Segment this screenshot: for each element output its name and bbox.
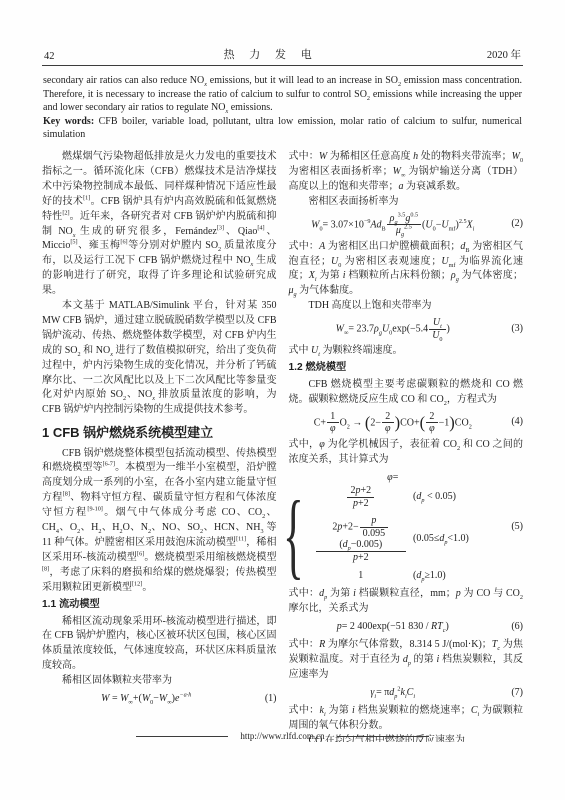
paragraph-combustion-lead: CFB 燃烧模型主要考虑碳颗粒的燃烧和 CO 燃烧。碳颗粒燃烧反应生成 CO 和… (289, 378, 524, 408)
equation-7-body: γi= πdp2kiCi (289, 686, 498, 701)
paragraph-intro-2: 本文基于 MATLAB/Simulink 平台，针对某 350 MW CFB 锅… (42, 299, 277, 418)
equation-1: W = W∞+(W0−W∞)e−a·h (1) (42, 692, 277, 707)
paragraph-flow-model: 稀相区流动现象采用环-核流动模型进行描述，即在 CFB 锅炉炉膛内，核心区被环状… (42, 615, 277, 675)
keywords-line: Key words: CFB boiler, variable load, po… (43, 115, 522, 142)
footer-rule-right (337, 736, 429, 737)
equation-5-number: (5) (497, 520, 523, 535)
two-column-body: 燃煤烟气污染物超低排放是火力发电的重要技术指标之一。循环流化床（CFB）燃煤技术… (42, 150, 523, 742)
paper-page: 42 热 力 发 电 2020 年 secondary air ratios c… (0, 0, 565, 800)
footer-rule-left (136, 736, 228, 737)
equation-6: p= 2 400exp(−51 830 / RTc) (6) (289, 620, 524, 635)
equation-3: W∞= 23.7ρgU0exp(−5.4UtU0) (3) (289, 317, 524, 341)
equation-7: γi= πdp2kiCi (7) (289, 686, 524, 701)
equation-6-number: (6) (497, 620, 523, 635)
page-header: 42 热 力 发 电 2020 年 (42, 46, 523, 65)
equation-2-number: (2) (497, 217, 523, 232)
section-heading-1: 1 CFB 锅炉燃烧系统模型建立 (42, 425, 277, 441)
header-rule (42, 65, 523, 66)
english-abstract: secondary air ratios can also reduce NOx… (43, 74, 522, 142)
paragraph-eq1-vars: 式中：W 为稀相区任意高度 h 处的物料夹带流率；W0 为密相区表面扬析率；W∞… (289, 150, 524, 195)
equation-4-number: (4) (497, 415, 523, 430)
equation-1-body: W = W∞+(W0−W∞)e−a·h (42, 692, 251, 707)
page-number: 42 (44, 51, 55, 62)
paragraph-eq4-vars: 式中，φ 为化学机械因子，表征着 CO2 和 CO 之间的浓度关系，其计算式为 (289, 438, 524, 468)
equation-2-body: W0= 3.07×10−9AdBρg3.5g0.5μg2.5(U0−Umf)2.… (289, 213, 498, 237)
paragraph-eq6-vars: 式中：R 为摩尔气体常数，8.314 5 J/(mol·K)；Tc 为焦炭颗粒温… (289, 638, 524, 683)
section-heading-1-2: 1.2 燃烧模型 (289, 361, 524, 376)
equation-2: W0= 3.07×10−9AdBρg3.5g0.5μg2.5(U0−Umf)2.… (289, 213, 524, 237)
equation-4: C+1φO2 → (2−2φ)CO+(2φ−1)CO2 (4) (289, 411, 524, 435)
paragraph-eq3-vars: 式中 Ut 为颗粒终端速度。 (289, 344, 524, 359)
footer-url: http://www.rlfd.com.cn (240, 731, 324, 741)
equation-4-body: C+1φO2 → (2−2φ)CO+(2φ−1)CO2 (289, 411, 498, 435)
equation-3-body: W∞= 23.7ρgU0exp(−5.4UtU0) (289, 317, 498, 341)
equation-5: φ={2p+2p+2(dp < 0.05)2p+2−p0.095(dp−0.00… (289, 471, 524, 585)
paragraph-eq2-vars: 式中：A 为密相区出口炉膛横截面积；dB 为密相区气泡直径；U0 为密相区表观速… (289, 240, 524, 300)
page-footer: http://www.rlfd.com.cn (0, 731, 565, 741)
abstract-text: secondary air ratios can also reduce NOx… (43, 74, 522, 115)
equation-5-body: φ={2p+2p+2(dp < 0.05)2p+2−p0.095(dp−0.00… (289, 471, 498, 585)
paragraph-eq5-vars: 式中：dp 为第 i 档碳颗粒直径，mm；p 为 CO 与 CO2 摩尔比，关系… (289, 587, 524, 617)
paragraph-entrainment-lead: 稀相区固体颗粒夹带率为 (42, 674, 277, 689)
section-heading-1-1: 1.1 流动模型 (42, 598, 277, 613)
publication-year: 2020 年 (487, 47, 521, 62)
paragraph-eq3-lead: TDH 高度以上饱和夹带率为 (289, 299, 524, 314)
paragraph-eq2-lead: 密相区表面扬析率为 (289, 195, 524, 210)
equation-7-number: (7) (497, 686, 523, 701)
journal-title: 热 力 发 电 (224, 46, 318, 62)
equation-6-body: p= 2 400exp(−51 830 / RTc) (289, 620, 498, 635)
paragraph-eq7-vars: 式中：ki 为第 i 档焦炭颗粒的燃烧速率；Ci 为碳颗粒周围的氧气体积分数。 (289, 704, 524, 734)
equation-1-number: (1) (251, 692, 277, 707)
paragraph-intro-1: 燃煤烟气污染物超低排放是火力发电的重要技术指标之一。循环流化床（CFB）燃煤技术… (42, 150, 277, 299)
left-column: 燃煤烟气污染物超低排放是火力发电的重要技术指标之一。循环流化床（CFB）燃煤技术… (42, 150, 277, 742)
paragraph-model-overview: CFB 锅炉燃烧整体模型包括流动模型、传热模型和燃烧模型等[6-7]。本模型为一… (42, 447, 277, 596)
right-column: 式中：W 为稀相区任意高度 h 处的物料夹带流率；W0 为密相区表面扬析率；W∞… (289, 150, 524, 742)
equation-3-number: (3) (497, 322, 523, 337)
